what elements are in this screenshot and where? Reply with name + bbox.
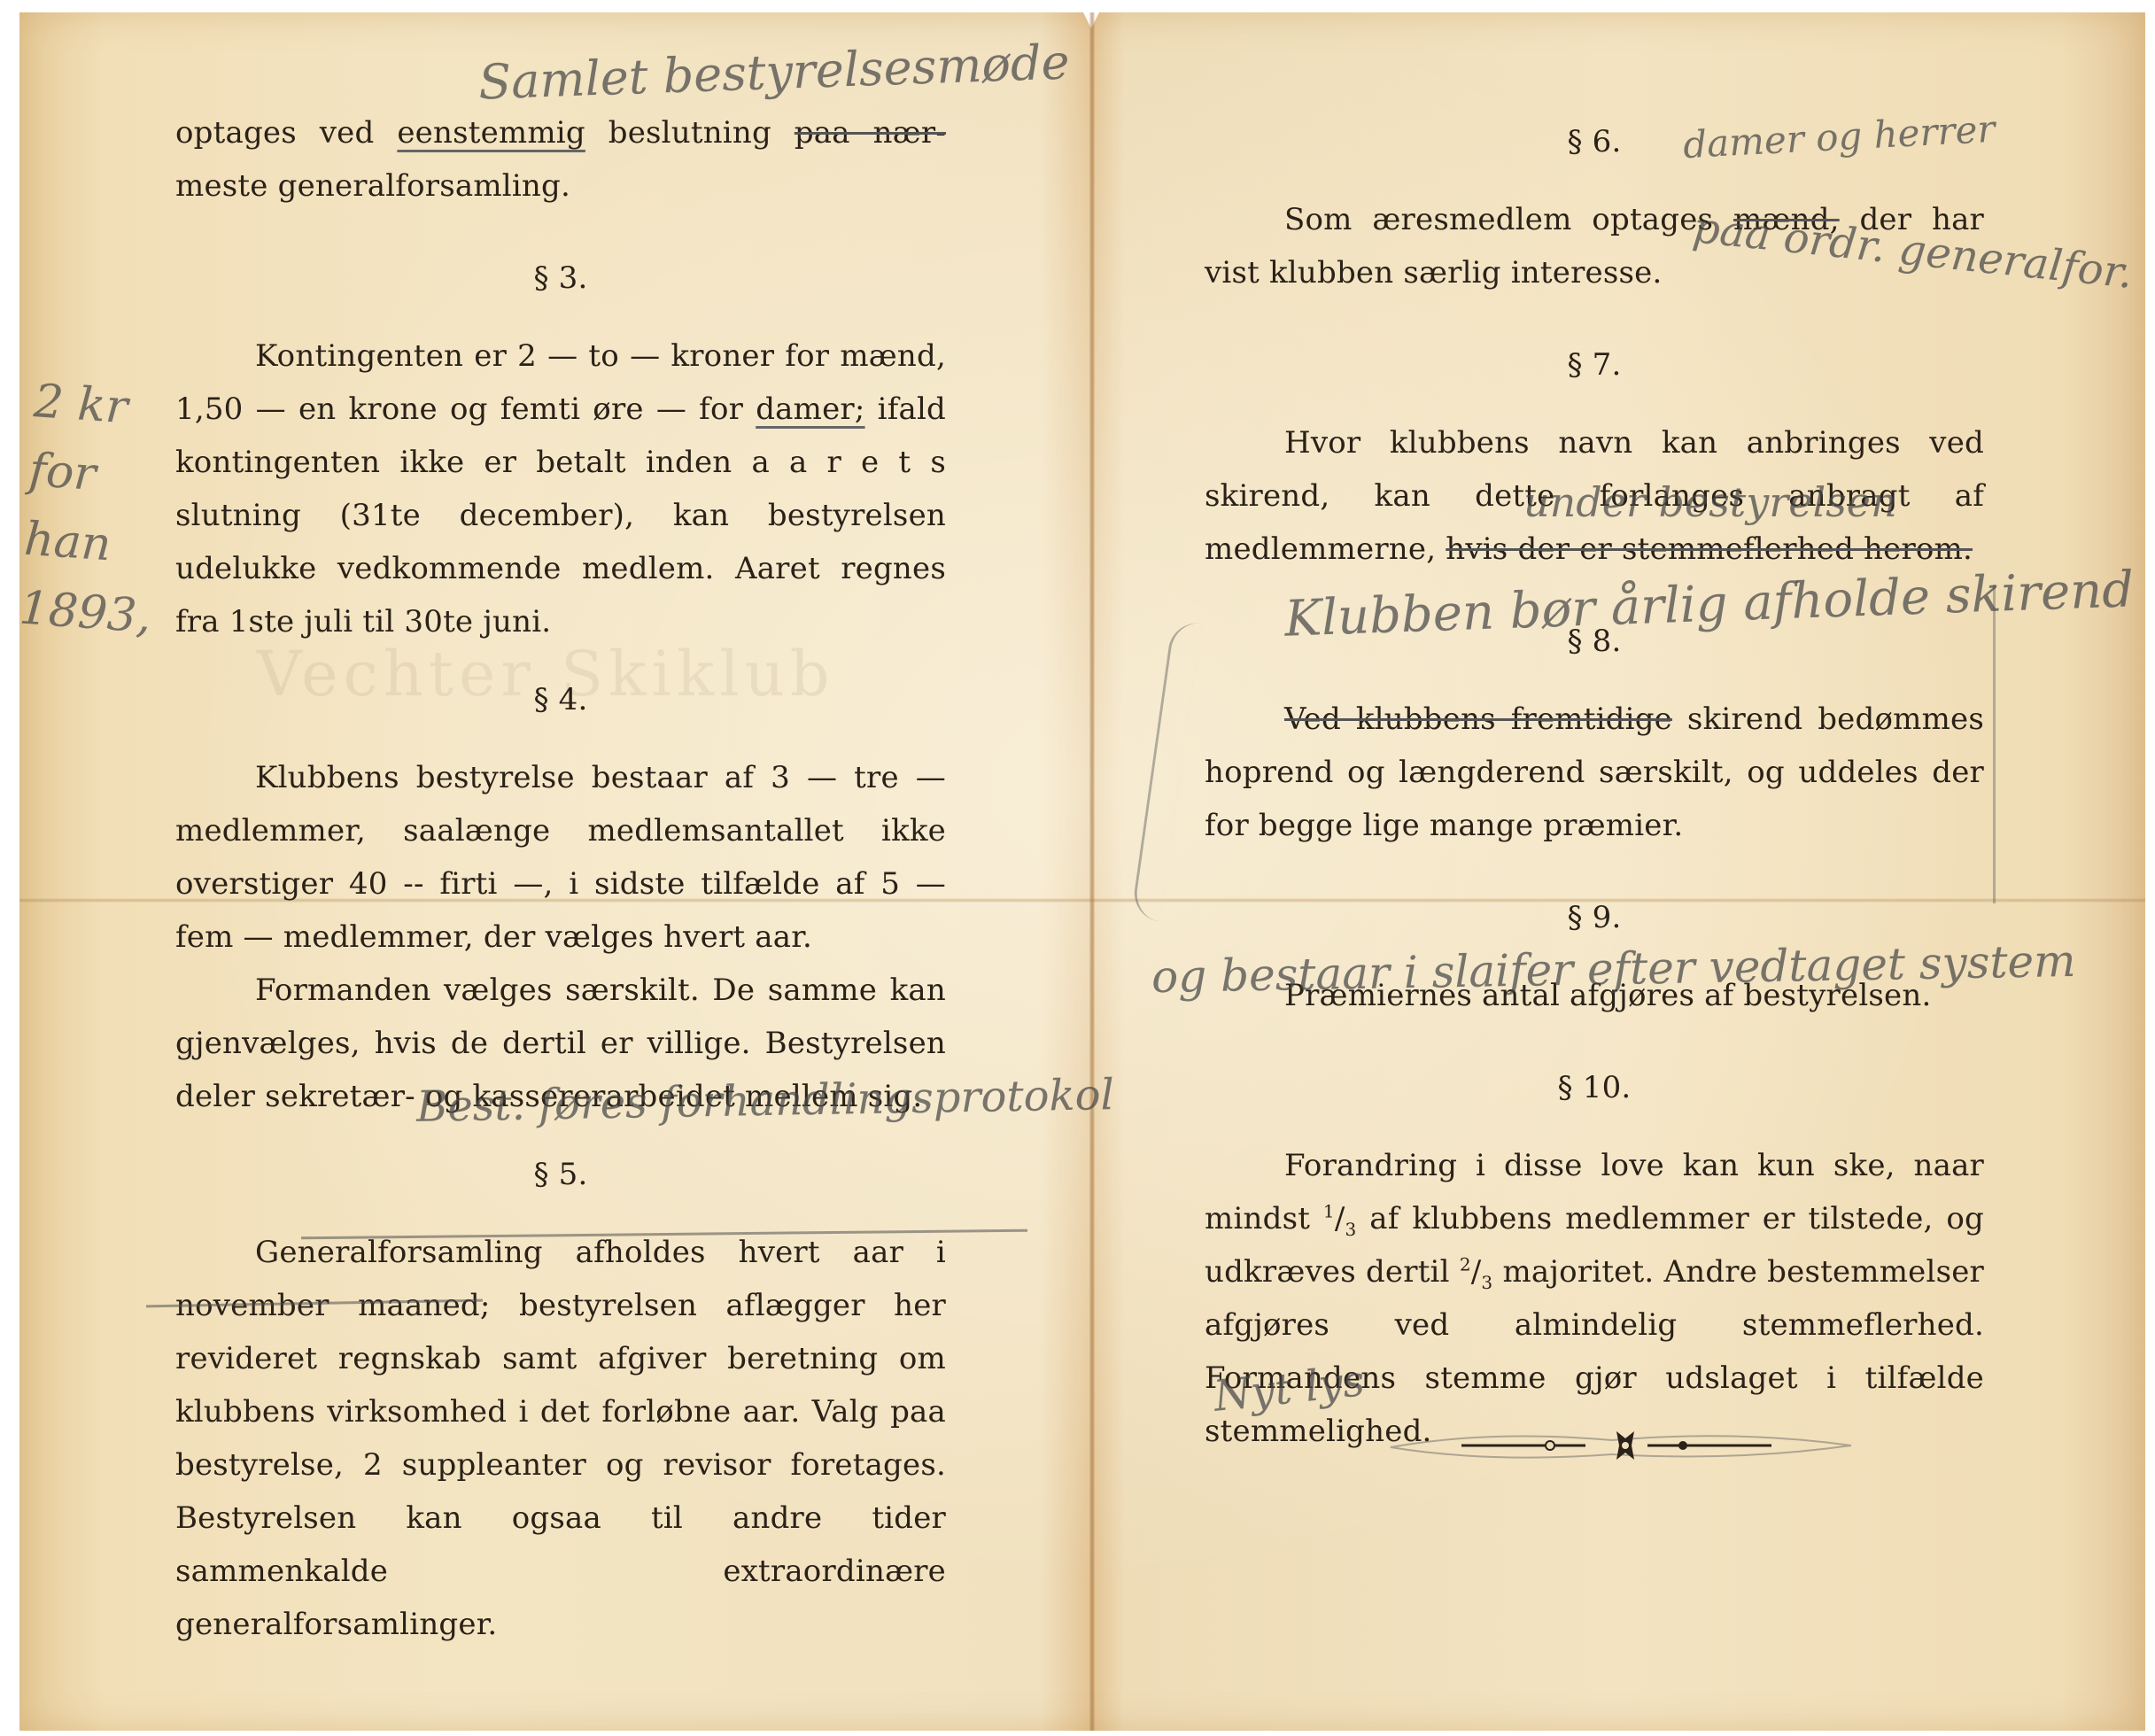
section-3-text: Kontingenten er 2 — to — kroner for mænd… [175, 329, 946, 648]
section-9-heading: § 9. [1205, 891, 1984, 944]
section-4-text-1: Klubbens bestyrelse bestaar af 3 — tre —… [175, 751, 946, 964]
section-5-heading: § 5. [175, 1148, 946, 1201]
section-7-heading: § 7. [1205, 338, 1984, 391]
left-column: optages ved eenstemmig beslutning paa næ… [175, 106, 946, 1651]
right-column: § 6. Som æresmedlem optages mænd, der ha… [1205, 115, 1984, 1458]
pencil-line [1993, 585, 1996, 903]
section-4-heading: § 4. [175, 673, 946, 726]
continuation-paragraph: optages ved eenstemmig beslutning paa næ… [175, 106, 946, 213]
vertical-fold [1089, 12, 1095, 1731]
section-5-text: Generalforsamling afholdes hvert aar i n… [175, 1226, 946, 1651]
section-3-heading: § 3. [175, 252, 946, 305]
ornament-divider-icon [1382, 1428, 1860, 1463]
handwritten-note-s7: under bestyrelsen [1523, 478, 1897, 526]
section-8-text: Ved klubbens fremtidige skirend bedømmes… [1205, 693, 1984, 852]
section-10-heading: § 10. [1205, 1061, 1984, 1114]
handwritten-note-margin: 2 kr for han 1893, [17, 367, 195, 654]
